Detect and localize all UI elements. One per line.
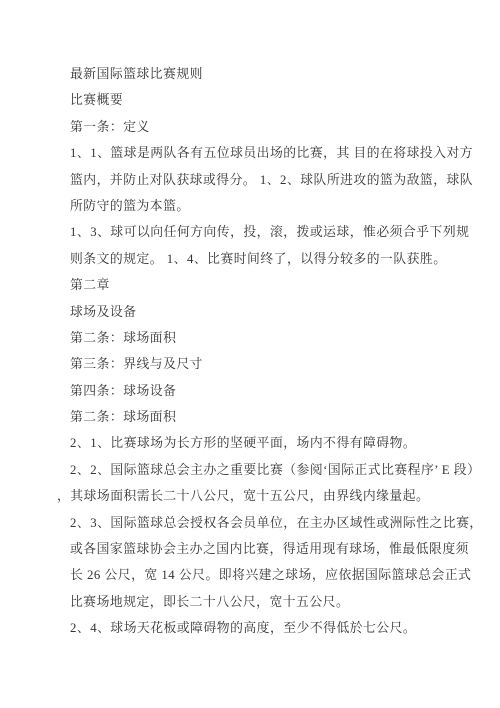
doc-heading-article-1: 第一条：定义 (70, 114, 460, 140)
doc-heading-court-equipment: 球场及设备 (70, 299, 460, 325)
doc-paragraph-line: 长 26 公尺，宽 14 公尺。即将兴建之球场，应依据国际篮球总会正式 (70, 562, 460, 588)
doc-paragraph-line: 2、1、比赛球场为长方形的坚硬平面，场内不得有障碍物。 (70, 430, 460, 456)
doc-paragraph-line: 或各国家篮球协会主办之国内比赛，得适用现有球场，惟最低限度须 (70, 536, 460, 562)
doc-heading-article-3: 第三条：界线与及尺寸 (70, 351, 460, 377)
document-page: 最新国际篮球比赛规则 比赛概要 第一条：定义 1、1、篮球是两队各有五位球员出场… (0, 0, 500, 708)
document-body: 最新国际篮球比赛规则 比赛概要 第一条：定义 1、1、篮球是两队各有五位球员出场… (70, 61, 460, 642)
doc-heading-article-2: 第二条：球场面积 (70, 325, 460, 351)
doc-heading-overview: 比赛概要 (70, 87, 460, 113)
doc-paragraph-line: 2、3、国际篮球总会授权各会员单位，在主办区域性或洲际性之比赛， (70, 510, 460, 536)
doc-heading-article-2-repeat: 第二条：球场面积 (70, 404, 460, 430)
doc-heading-article-4: 第四条：球场设备 (70, 378, 460, 404)
doc-paragraph-line: 1、3、球可以向任何方向传，投，滚，拨或运球，惟必须合乎下列规 (70, 219, 460, 245)
doc-title: 最新国际篮球比赛规则 (70, 61, 460, 87)
doc-paragraph-line: 2、4、球场天花板或障碍物的高度，至少不得低於七公尺。 (70, 615, 460, 641)
doc-paragraph-line: ，其球场面积需长二十八公尺，宽十五公尺，由界线内缘量起。 (57, 483, 460, 509)
doc-paragraph-line: 比赛场地规定，即长二十八公尺，宽十五公尺。 (70, 589, 460, 615)
doc-paragraph-line: 1、1、篮球是两队各有五位球员出场的比赛，其 目的在将球投入对方 (70, 140, 460, 166)
doc-paragraph-line: 2、2、国际篮球总会主办之重要比赛（参阅‘国际正式比赛程序’ E 段） (70, 457, 460, 483)
doc-paragraph-line: 所防守的篮为本篮。 (70, 193, 460, 219)
doc-paragraph-line: 篮内，并防止对队获球或得分。 1、2、球队所进攻的篮为敌篮，球队 (70, 167, 460, 193)
doc-paragraph-line: 则条文的规定。 1、4、比赛时间终了，以得分较多的一队获胜。 (70, 246, 460, 272)
doc-heading-chapter-2: 第二章 (70, 272, 460, 298)
